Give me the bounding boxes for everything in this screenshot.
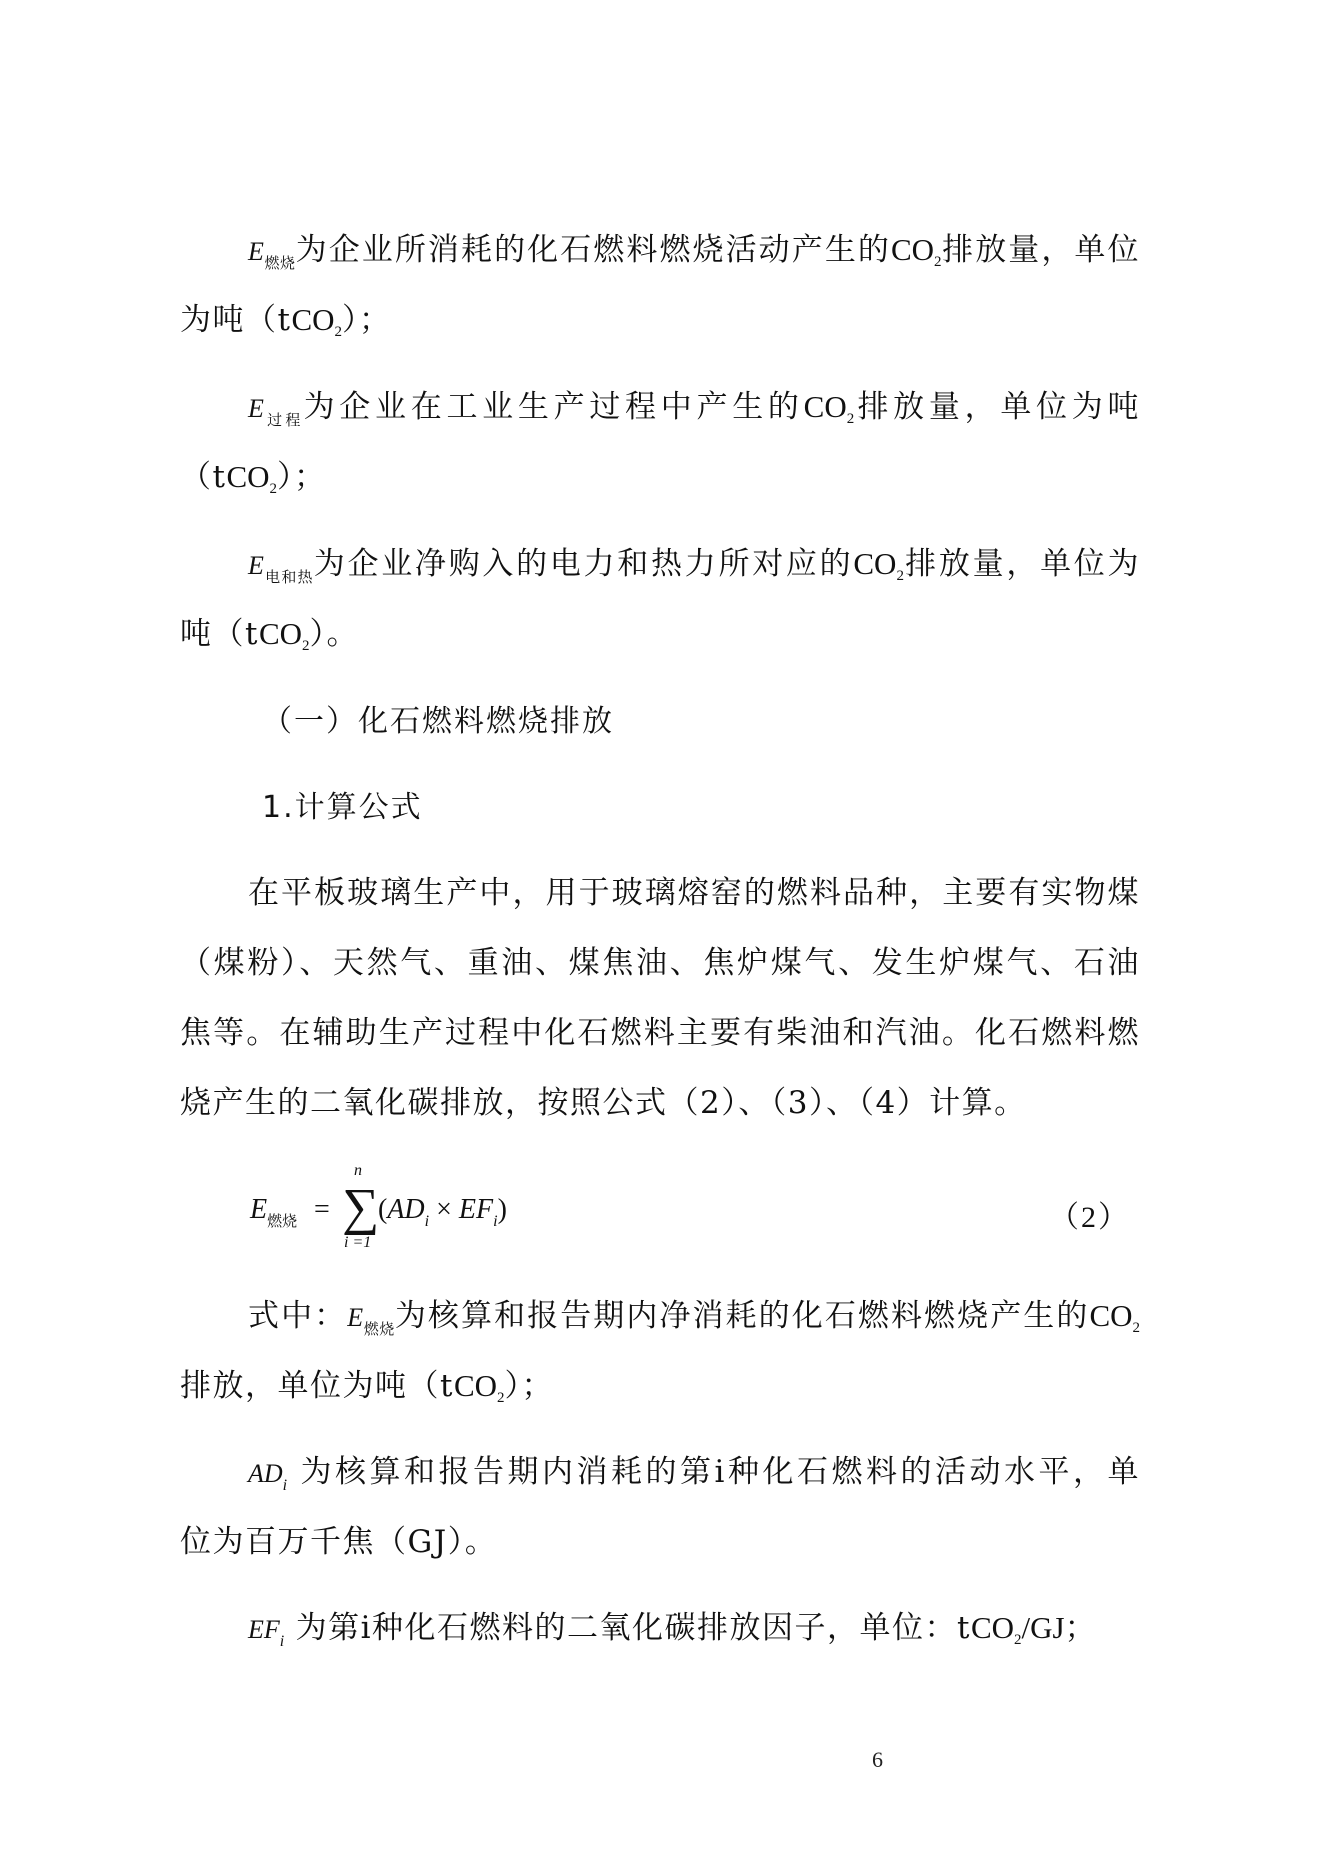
paragraph-line: 焦等。在辅助生产过程中化石燃料主要有柴油和汽油。化石燃料燃 — [180, 1013, 1140, 1053]
where-prefix: 式中： — [248, 1298, 347, 1334]
sum-symbol: ∑ — [342, 1178, 379, 1238]
unit-text: （t — [180, 459, 226, 495]
co2-formula: CO2 — [454, 1368, 505, 1403]
ad-definition-line1: ADi 为核算和报告期内消耗的第i种化石燃料的活动水平，单 — [248, 1452, 1140, 1506]
symbol-ef: EFi — [248, 1615, 284, 1644]
unit-text: 吨（t — [180, 616, 259, 652]
unit-text: 排放，单位为吨（t — [180, 1368, 454, 1404]
definition-e-combustion-line2: 为吨（tCO2）； — [180, 300, 1140, 340]
co2-formula: CO2 — [291, 302, 342, 337]
subsection-heading: 1.计算公式 — [262, 788, 1222, 828]
symbol-e: E — [248, 237, 264, 266]
symbol-subscript: 燃烧 — [363, 1320, 395, 1338]
ef-definition-text: 为第i种化石燃料的二氧化碳排放因子，单位：t — [296, 1610, 971, 1646]
ad-definition-line2: 位为百万千焦（GJ）。 — [180, 1522, 1140, 1562]
paragraph-line: 烧产生的二氧化碳排放，按照公式（2）、（3）、（4）计算。 — [180, 1083, 1140, 1123]
definition-e-electricity-heat-line1: E电和热为企业净购入的电力和热力所对应的CO2排放量，单位为 — [248, 544, 1140, 597]
sum-lower-limit: i =1 — [344, 1234, 371, 1252]
symbol-subscript: 过程 — [264, 411, 304, 429]
where-clause-line2: 排放，单位为吨（tCO2）； — [180, 1366, 1140, 1406]
paragraph-line: （煤粉）、天然气、重油、煤焦油、焦炉煤气、发生炉煤气、石油 — [180, 943, 1140, 983]
unit-text-end: ）； — [342, 302, 392, 338]
ef-definition: EFi 为第i种化石燃料的二氧化碳排放因子，单位：tCO2/GJ； — [248, 1608, 1140, 1662]
definition-text-end: 排放量，单位 — [942, 232, 1140, 268]
co2-formula: CO2 — [259, 616, 310, 651]
co2-formula: CO2 — [853, 546, 904, 581]
unit-end: /GJ； — [1022, 1610, 1096, 1645]
co2-formula: CO2 — [1089, 1298, 1140, 1333]
formula-body: (ADi × EFi) — [378, 1194, 507, 1231]
co2-formula: CO2 — [226, 459, 277, 494]
definition-text: 为企业所消耗的化石燃料燃烧活动产生的 — [296, 232, 891, 268]
where-text: 为核算和报告期内净消耗的化石燃料燃烧产生的 — [395, 1298, 1090, 1334]
co2-formula: CO2 — [891, 232, 942, 267]
section-heading: （一）化石燃料燃烧排放 — [262, 702, 1222, 742]
page-number: 6 — [872, 1747, 883, 1773]
symbol-subscript: 燃烧 — [264, 254, 296, 272]
definition-e-combustion-line1: E燃烧为企业所消耗的化石燃料燃烧活动产生的CO2排放量，单位 — [248, 230, 1140, 283]
co2-formula: CO2 — [804, 389, 855, 424]
definition-text-end: 排放量，单位为吨 — [854, 389, 1140, 425]
definition-e-process-line1: E过程为企业在工业生产过程中产生的CO2排放量，单位为吨 — [248, 387, 1140, 440]
unit-text: 为吨（t — [180, 302, 291, 338]
symbol-e: E — [248, 394, 264, 423]
definition-e-process-line2: （tCO2）； — [180, 457, 1140, 497]
definition-text: 为企业在工业生产过程中产生的 — [304, 389, 804, 425]
symbol-e: E — [248, 551, 264, 580]
symbol-ad: ADi — [248, 1459, 287, 1488]
formula-lhs: E燃烧 — [250, 1194, 297, 1231]
paragraph-line: 在平板玻璃生产中，用于玻璃熔窑的燃料品种，主要有实物煤 — [248, 873, 1140, 913]
formula-equals: = — [314, 1194, 330, 1226]
where-clause-line1: 式中：E燃烧为核算和报告期内净消耗的化石燃料燃烧产生的CO2 — [248, 1296, 1140, 1349]
document-page: E燃烧为企业所消耗的化石燃料燃烧活动产生的CO2排放量，单位 为吨（tCO2）；… — [0, 0, 1323, 1871]
definition-text: 为企业净购入的电力和热力所对应的 — [314, 546, 854, 582]
definition-e-electricity-heat-line2: 吨（tCO2）。 — [180, 614, 1140, 654]
unit-text-end: ）； — [277, 459, 327, 495]
formula-number: （2） — [1049, 1192, 1130, 1236]
unit-text-end: ）； — [505, 1368, 555, 1404]
definition-text-end: 排放量，单位为 — [904, 546, 1140, 582]
formula-2: E燃烧 = n ∑ i =1 (ADi × EFi) （2） — [250, 1168, 1150, 1258]
symbol-subscript: 电和热 — [264, 568, 314, 586]
symbol-e: E — [347, 1303, 363, 1332]
unit-text-end: ）。 — [310, 616, 360, 652]
co2-formula: CO2 — [971, 1610, 1022, 1645]
ad-definition-text: 为核算和报告期内消耗的第i种化石燃料的活动水平，单 — [300, 1454, 1140, 1490]
